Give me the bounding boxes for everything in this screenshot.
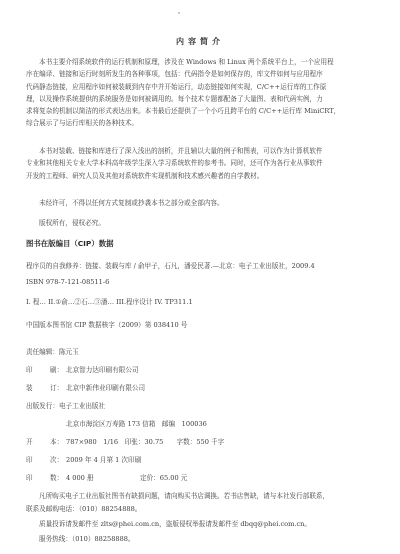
binder-value: 北京中新伟业印刷有限公司 [66,382,145,392]
format-label: 开本： [26,436,66,446]
intro-paragraph-1: 本书主要介绍系统软件的运行机制和原理，涉及在 Windows 和 Linux 两… [26,56,378,130]
price: 定价：65.00 元 [140,474,187,482]
binder-label: 装订： [26,382,66,392]
format-value: 787×980 1/16 印张：30.75 字数：550 千字 [66,436,224,446]
complaint-emails: 质量投诉请发邮件至 zlts@phei.com.cn，盗版侵权举报请发邮件至 d… [39,518,311,528]
cip-title-line: 程序员的自我修养：链接、装载与库 / 俞甲子，石凡，潘爱民著.—北京：电子工业出… [26,260,315,270]
text-line: 序在编译、链接和运行时刻所发生的各种事项，包括：代码指令是如何保存的，库文件如何… [26,68,378,80]
editor-value: 陈元玉 [59,348,79,356]
format-row: 开本：787×980 1/16 印张：30.75 字数：550 千字 [26,436,224,446]
print-run-label: 印数： [26,472,66,482]
copyright-page: 内容简介 本书主要介绍系统软件的运行机制和原理，涉及在 Windows 和 Li… [0,0,400,554]
speck [178,12,180,14]
printer-value: 北京智力达印刷有限公司 [66,364,139,374]
text-line: 求将复杂的机制以简洁的形式表达出来。本书最后还提供了一个小巧且跨平台的 C/C+… [26,105,378,117]
cip-heading: 图书在版编目（CIP）数据 [26,238,114,249]
print-run-row: 印数：4 000 册定价：65.00 元 [26,472,187,482]
binder-row: 装订：北京中新伟业印刷有限公司 [26,382,145,392]
text-line: 代码静态链接，应用程序如何被装载到内存中并开始运行，动态链接如何实现，C/C++… [26,81,378,93]
edition-row: 印次：2009 年 4 月第 1 次印刷 [26,454,141,464]
defect-notice: 凡所购买电子工业出版社图书有缺损问题，请向购买书店调换。若书店售缺，请与本社发行… [39,490,329,500]
cip-classification: I. 程… II.①俞…②石…③潘… III.程序设计 IV. TP311.1 [26,296,193,306]
publisher-address: 北京市海淀区万寿路 173 信箱 邮编 100036 [66,418,207,428]
text-line: 理，以及操作系统提供的系统服务是如何被调用的。每个技术专题都配备了大量图、表和代… [26,93,378,105]
service-hotline: 服务热线：（010）88258888。 [39,533,135,543]
text-line: 专业和其他相关专业大学本科高年级学生深入学习系统软件的参考书。同时，还可作为各行… [26,157,378,169]
print-run-value: 4 000 册 [66,472,140,482]
intro-paragraph-2: 本书对装载、链接和库进行了深入浅出的剖析，并且辅以大量的例子和图表，可以作为计算… [26,145,378,182]
publisher-label: 出版发行： [26,402,59,410]
text-line: 本书主要介绍系统软件的运行机制和原理，涉及在 Windows 和 Linux 两… [26,56,378,68]
publisher-row: 出版发行：电子工业出版社 [26,400,105,410]
text-line: 综合展示了与运行库相关的各种技术。 [26,117,378,129]
printer-row: 印刷：北京智力达印刷有限公司 [26,364,139,374]
text-line: 开发的工程师、研究人员及其他对系统软件实现机制和技术感兴趣者的自学教材。 [26,170,378,182]
edition-value: 2009 年 4 月第 1 次印刷 [66,454,141,464]
rights-reserved: 版权所有，侵权必究。 [39,217,105,227]
text-line: 本书对装载、链接和库进行了深入浅出的剖析，并且辅以大量的例子和图表，可以作为计算… [26,145,378,157]
edition-label: 印次： [26,454,66,464]
copyright-notice: 未经许可，不得以任何方式复制或抄袭本书之部分或全部内容。 [39,197,224,207]
printer-label: 印刷： [26,364,66,374]
page-title: 内容简介 [0,36,400,47]
cip-record-number: 中国版本图书馆 CIP 数据核字（2009）第 038410 号 [26,319,187,329]
publisher-value: 电子工业出版社 [59,402,105,410]
contact-phone: 联系及邮购电话：（010）88254888。 [26,503,141,513]
cip-isbn: ISBN 978-7-121-08511-6 [26,278,109,286]
editor-row: 责任编辑：陈元玉 [26,346,79,356]
editor-label: 责任编辑： [26,348,59,356]
